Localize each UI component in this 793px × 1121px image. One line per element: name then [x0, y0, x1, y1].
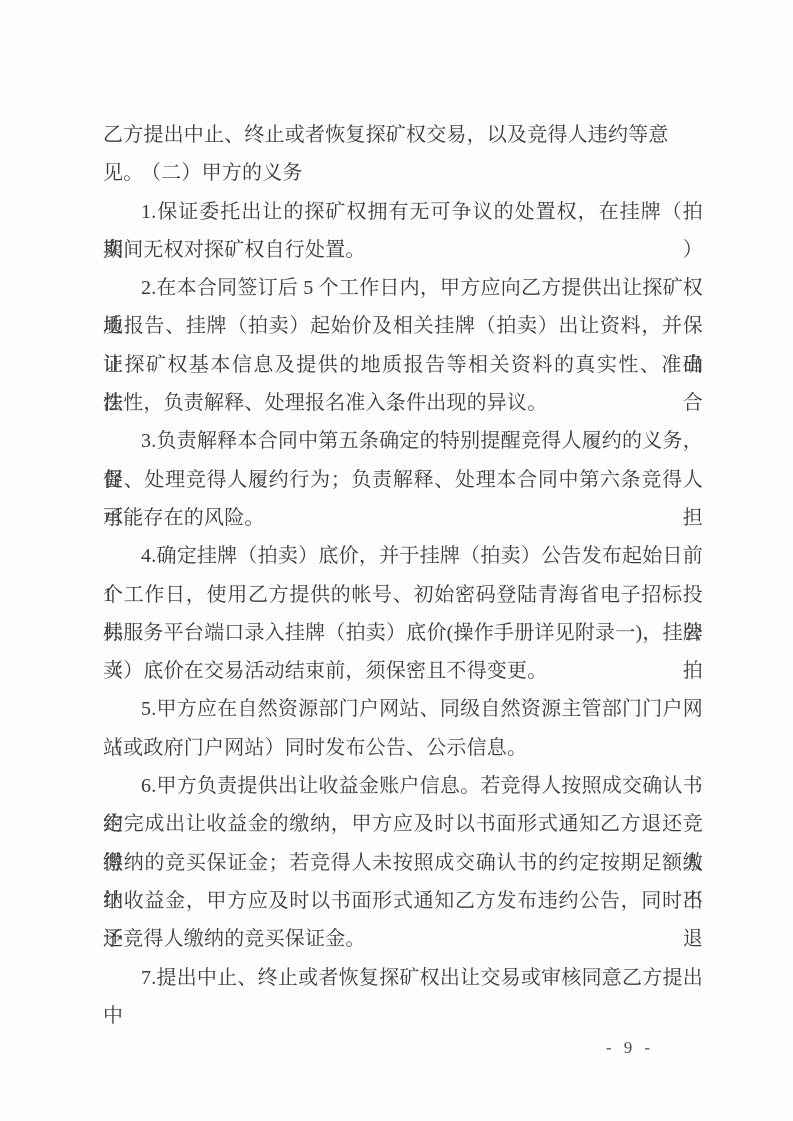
- document-line: 个工作日，使用乙方提供的帐号、初始密码登陆青海省电子招标投标公: [103, 576, 703, 614]
- document-line: （二）甲方的义务: [103, 154, 703, 192]
- document-line: 让收益金，甲方应及时以书面形式通知乙方发布违约公告，同时不予退: [103, 882, 703, 920]
- document-line: 质报告、挂牌（拍卖）起始价及相关挂牌（拍卖）出让资料，并保证出: [103, 307, 703, 345]
- document-line: 缴纳的竞买保证金；若竞得人未按照成交确认书的约定按期足额缴纳出: [103, 844, 703, 882]
- document-line: 4.确定挂牌（拍卖）底价，并于挂牌（拍卖）公告发布起始日前 1: [103, 537, 703, 575]
- document-line: 6.甲方负责提供出让收益金账户信息。若竞得人按照成交确认书约: [103, 767, 703, 805]
- document-line: 7.提出中止、终止或者恢复探矿权出让交易或审核同意乙方提出中: [103, 959, 703, 997]
- document-line: 5.甲方应在自然资源部门户网站、同级自然资源主管部门门户网站: [103, 690, 703, 728]
- document-line: （或政府门户网站）同时发布公告、公示信息。: [103, 729, 703, 767]
- page-number: - 9 -: [588, 1038, 672, 1058]
- document-body: 乙方提出中止、终止或者恢复探矿权交易，以及竞得人违约等意见。（二）甲方的义务1.…: [103, 116, 703, 997]
- document-line: 定完成出让收益金的缴纳，甲方应及时以书面形式通知乙方退还竞得人: [103, 805, 703, 843]
- document-line: 促、处理竞得人履约行为；负责解释、处理本合同中第六条竞得人承担: [103, 461, 703, 499]
- document-line: 3.负责解释本合同中第五条确定的特别提醒竞得人履约的义务，督: [103, 422, 703, 460]
- document-line: 让探矿权基本信息及提供的地质报告等相关资料的真实性、准确性、合: [103, 346, 703, 384]
- document-line: 2.在本合同签订后 5 个工作日内，甲方应向乙方提供出让探矿权地: [103, 269, 703, 307]
- document-line: 共服务平台端口录入挂牌（拍卖）底价(操作手册详见附录一)，挂牌（拍: [103, 614, 703, 652]
- document-page: 乙方提出中止、终止或者恢复探矿权交易，以及竞得人违约等意见。（二）甲方的义务1.…: [0, 0, 793, 1121]
- document-line: 乙方提出中止、终止或者恢复探矿权交易，以及竞得人违约等意见。: [103, 116, 703, 154]
- document-line: 1.保证委托出让的探矿权拥有无可争议的处置权，在挂牌（拍卖）: [103, 193, 703, 231]
